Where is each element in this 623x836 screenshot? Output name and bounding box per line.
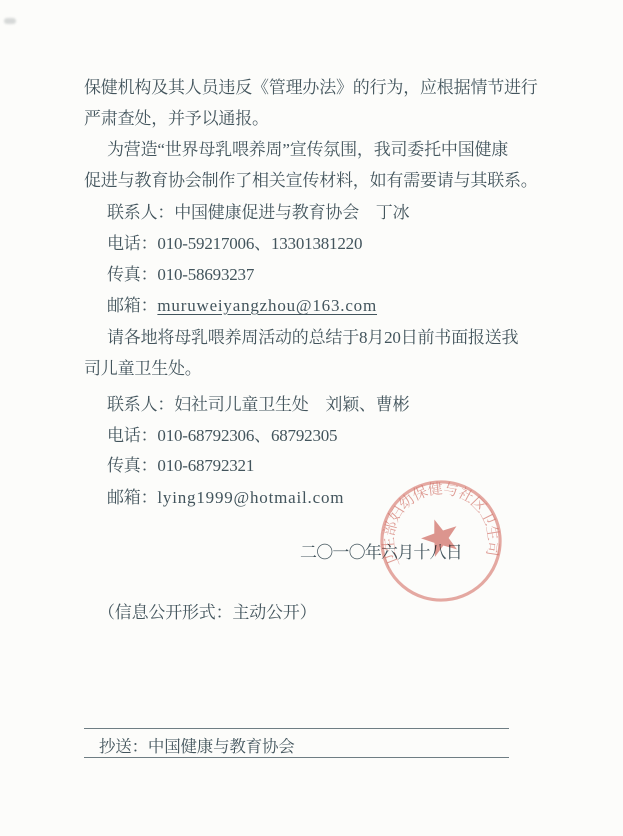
official-seal: 卫生部妇幼保健与社区卫生司 (372, 472, 511, 611)
contact2-person: 联系人：妇社司儿童卫生处 刘颖、曹彬 (107, 393, 409, 416)
body-paragraph3-line1: 请各地将母乳喂养周活动的总结于8月20日前书面报送我 (107, 326, 518, 349)
contact2-email-line: 邮箱：lying1999@hotmail.com (107, 486, 344, 509)
body-paragraph1-line2: 严肃查处，并予以通报。 (84, 107, 269, 130)
scan-artifact (4, 18, 16, 24)
body-paragraph2-line1: 为营造“世界母乳喂养周”宣传氛围，我司委托中国健康 (107, 138, 508, 161)
body-paragraph1-line1: 保健机构及其人员违反《管理办法》的行为，应根据情节进行 (84, 76, 538, 99)
body-paragraph2-line2: 促进与教育协会制作了相关宣传材料，如有需要请与其联系。 (84, 169, 538, 192)
svg-text:卫生部妇幼保健与社区卫生司: 卫生部妇幼保健与社区卫生司 (376, 476, 504, 571)
body-paragraph3-line2: 司儿童卫生处。 (84, 357, 202, 380)
contact1-phone: 电话：010-59217006、13301381220 (107, 232, 362, 255)
contact2-fax: 传真：010-68792321 (107, 454, 254, 477)
cc-line: 抄送：中国健康与教育协会 (99, 735, 295, 758)
contact2-email-label: 邮箱： (107, 488, 157, 507)
document-page: 保健机构及其人员违反《管理办法》的行为，应根据情节进行 严肃查处，并予以通报。 … (0, 0, 623, 836)
cc-divider-top (84, 728, 509, 729)
disclosure-note: （信息公开形式：主动公开） (98, 601, 316, 624)
seal-text: 卫生部妇幼保健与社区卫生司 (376, 476, 504, 571)
contact2-phone: 电话：010-68792306、68792305 (107, 424, 337, 447)
cc-divider-bottom (84, 757, 509, 758)
seal-star-icon (417, 513, 464, 559)
contact1-email-label: 邮箱： (107, 296, 157, 315)
contact1-fax: 传真：010-58693237 (107, 263, 254, 286)
contact1-email-line: 邮箱：muruweiyangzhou@163.com (107, 294, 377, 317)
contact2-email-value: lying1999@hotmail.com (157, 488, 344, 507)
contact1-email-value: muruweiyangzhou@163.com (157, 296, 377, 315)
contact1-person: 联系人：中国健康促进与教育协会 丁冰 (107, 201, 409, 224)
